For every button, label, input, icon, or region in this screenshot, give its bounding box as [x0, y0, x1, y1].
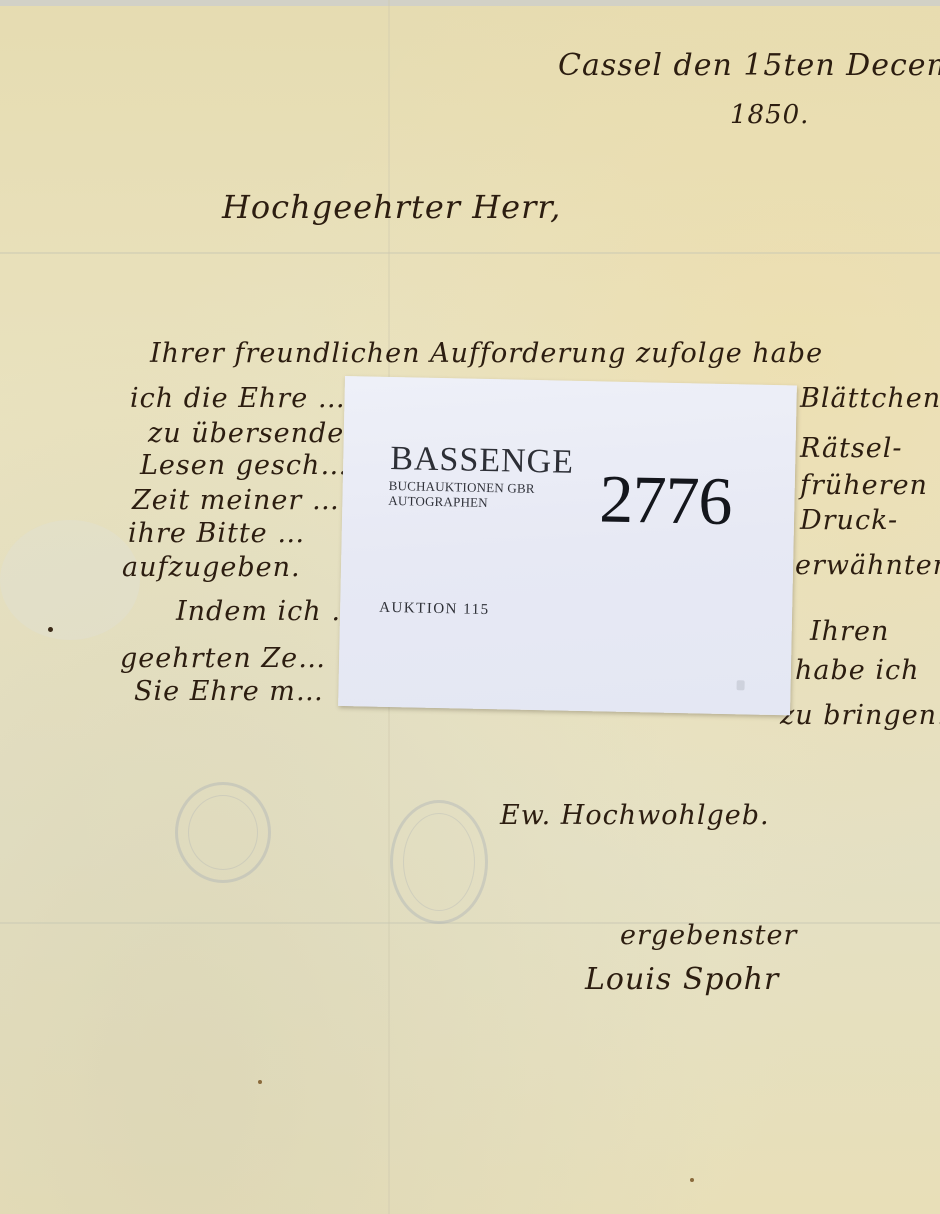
body-line: geehrten Ze…	[120, 643, 326, 674]
body-line: ich die Ehre …	[130, 383, 346, 414]
paper-stain	[0, 520, 140, 640]
auction-category: AUTOGRAPHEN	[388, 493, 488, 511]
body-fragment: habe ich	[795, 655, 919, 686]
auction-lot-label: BASSENGE BUCHAUKTIONEN GBR AUTOGRAPHEN 2…	[338, 376, 797, 715]
body-fragment: Rätsel-	[800, 433, 903, 464]
card-smudge	[737, 680, 745, 690]
body-fragment: erwähnten	[795, 550, 940, 581]
letter-page: Cassel den 15ten December 1850. Hochgeeh…	[0, 0, 940, 1214]
body-line: Zeit meiner …	[132, 485, 340, 516]
lot-number: 2776	[599, 459, 733, 541]
postal-stamp-icon	[175, 782, 271, 883]
date-year: 1850.	[730, 100, 809, 130]
scan-edge	[0, 0, 940, 6]
body-fragment: zu bringen.	[780, 700, 940, 731]
auction-house-name: BASSENGE	[390, 440, 574, 482]
dateline: Cassel den 15ten December	[558, 48, 940, 83]
foxing-spot	[258, 1080, 262, 1084]
auction-number: AUKTION 115	[379, 600, 490, 619]
body-fragment: früheren	[800, 470, 928, 501]
ink-spot	[48, 627, 53, 632]
closing-formula: Ew. Hochwohlgeb.	[500, 800, 770, 831]
body-line: Lesen gesch…	[140, 450, 348, 481]
body-fragment: Druck-	[800, 505, 898, 536]
body-line: ihre Bitte …	[128, 518, 305, 549]
salutation: Hochgeehrter Herr,	[222, 188, 561, 226]
postal-stamp-icon	[390, 800, 488, 924]
body-fragment: Blättchen	[800, 383, 940, 414]
signature: Louis Spohr	[585, 962, 779, 997]
body-line: Sie Ehre m…	[134, 676, 324, 707]
foxing-spot	[690, 1178, 694, 1182]
paper-fold-line	[0, 252, 940, 254]
body-line: Indem ich …	[176, 596, 359, 627]
body-fragment: Ihren	[810, 616, 889, 647]
body-line: Ihrer freundlichen Aufforderung zufolge …	[150, 338, 823, 369]
paper-fold-line	[0, 922, 940, 924]
closing-word: ergebenster	[620, 920, 797, 951]
body-line: aufzugeben.	[122, 552, 301, 583]
